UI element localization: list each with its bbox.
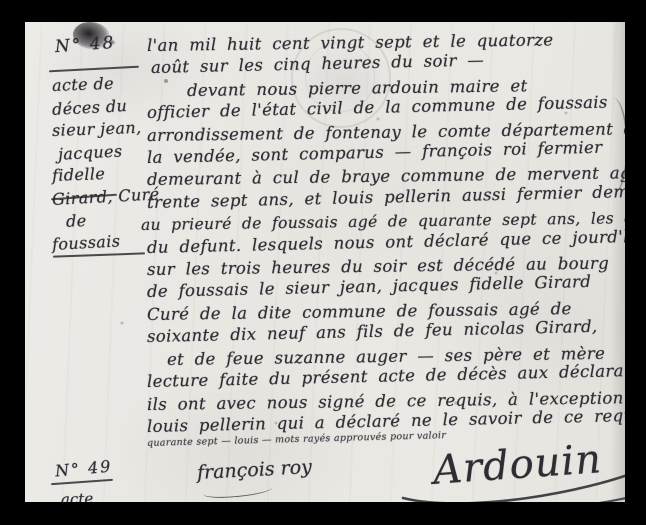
- document-page: N° 48 acte de déces du sieur jean, jacqu…: [25, 22, 625, 502]
- next-act-partial-text: acte: [61, 489, 94, 502]
- act-body: l'an mil huit cent vingt sept et le quat…: [147, 35, 625, 438]
- signature-flourish-left: [203, 482, 274, 500]
- act-number-underline: [49, 66, 139, 73]
- paper-specks: [25, 22, 27, 24]
- signature-flourish-right: [397, 454, 625, 502]
- act-number: N° 48: [54, 33, 116, 57]
- signature-francois-roy: françois roy: [197, 456, 313, 484]
- next-act-number: N° 49: [54, 457, 113, 481]
